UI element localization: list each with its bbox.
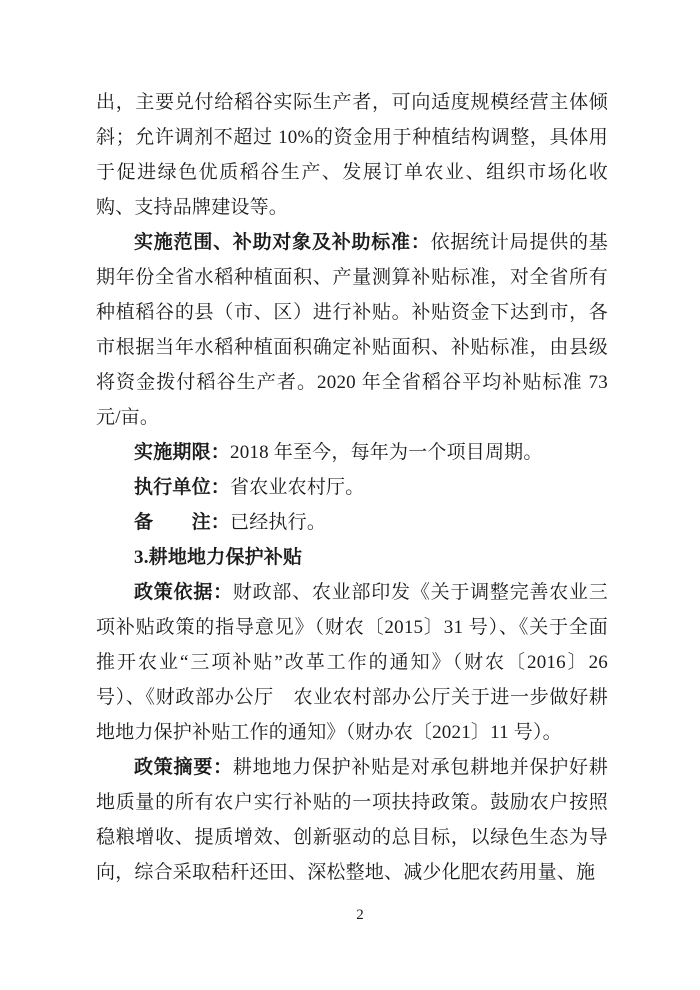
paragraph-text: 依据统计局提供的基期年份全省水稻种植面积、产量测算补贴标准，对全省所有种植稻谷的… [96,232,608,428]
paragraph-label: 政策摘要： [134,757,233,778]
paragraph-text: 省农业农村厅。 [230,477,364,498]
paragraph-label: 执行单位： [134,477,230,498]
paragraph-text: 财政部、农业部印发《关于调整完善农业三项补贴政策的指导意见》（财农〔2015〕3… [96,582,608,743]
paragraph-text: 2018 年至今，每年为一个项目周期。 [230,442,543,463]
paragraph: 政策依据：财政部、农业部印发《关于调整完善农业三项补贴政策的指导意见》（财农〔2… [96,575,608,750]
page-footer: 2 [20,898,700,933]
paragraph: 3.耕地地力保护补贴 [96,540,608,575]
page-number: 2 [356,907,364,923]
paragraph: 实施期限：2018 年至今，每年为一个项目周期。 [96,435,608,470]
paragraph-label: 实施期限： [134,442,230,463]
paragraph-label: 实施范围、补助对象及补助标准： [134,232,431,253]
document-body: 出，主要兑付给稻谷实际生产者，可向适度规模经营主体倾斜；允许调剂不超过 10%的… [96,85,608,890]
paragraph: 出，主要兑付给稻谷实际生产者，可向适度规模经营主体倾斜；允许调剂不超过 10%的… [96,85,608,225]
paragraph-label: 政策依据： [134,582,233,603]
paragraph-label: 3.耕地地力保护补贴 [134,547,302,568]
paragraph-text: 已经执行。 [230,512,326,533]
paragraph-text: 出，主要兑付给稻谷实际生产者，可向适度规模经营主体倾斜；允许调剂不超过 10%的… [96,92,608,218]
paragraph: 执行单位：省农业农村厅。 [96,470,608,505]
paragraph: 政策摘要：耕地地力保护补贴是对承包耕地并保护好耕地质量的所有农户实行补贴的一项扶… [96,750,608,890]
paragraph-label: 备 注： [134,512,230,533]
document-page: 出，主要兑付给稻谷实际生产者，可向适度规模经营主体倾斜；允许调剂不超过 10%的… [0,0,700,990]
paragraph: 备 注：已经执行。 [96,505,608,540]
paragraph: 实施范围、补助对象及补助标准：依据统计局提供的基期年份全省水稻种植面积、产量测算… [96,225,608,435]
